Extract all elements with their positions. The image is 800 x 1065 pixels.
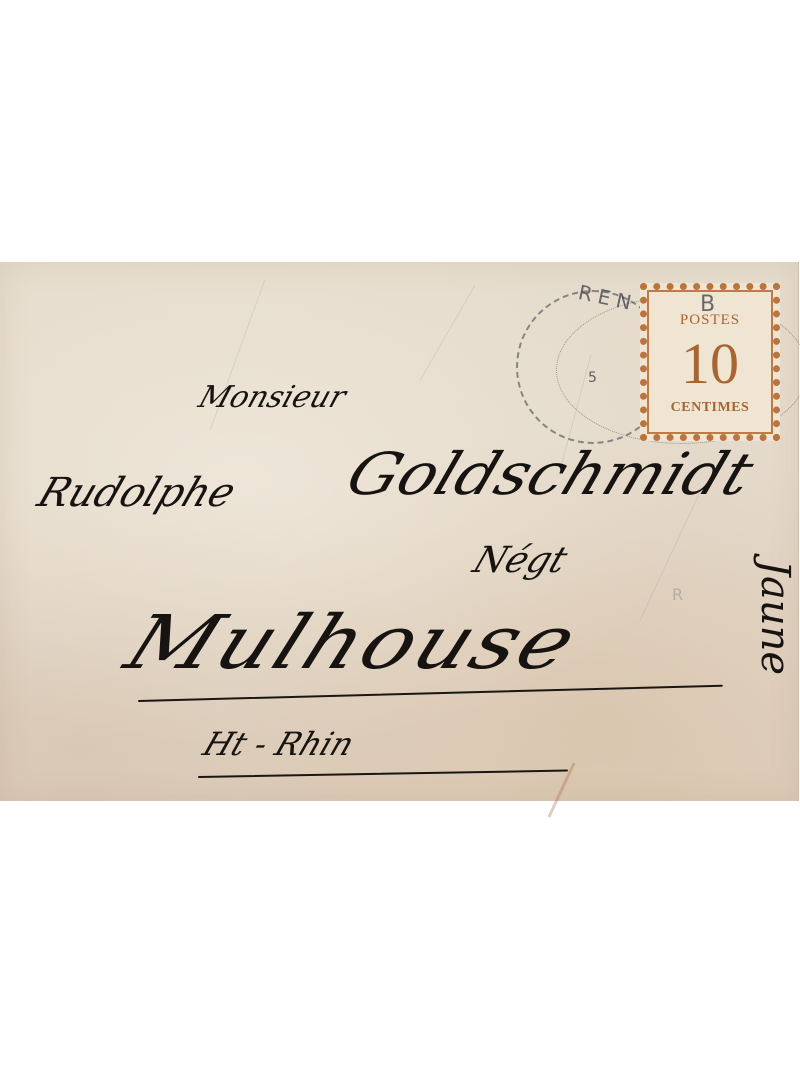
stamp-value: 10 [647, 334, 773, 394]
stamp-bottom-text: CENTIMES [647, 400, 773, 416]
address-region: Ht - Rhin [198, 725, 359, 763]
postmark-cancel-letter: B [700, 292, 715, 317]
address-first-name: Rudolphe [32, 470, 242, 516]
address-salutation: Monsieur [194, 380, 350, 415]
address-city: Mulhouse [114, 600, 591, 686]
address-suffix: Négt [468, 540, 573, 581]
pencil-mark: R [672, 585, 683, 604]
side-annotation: Jaune [752, 560, 798, 675]
postmark-date: 5 [588, 370, 597, 386]
address-surname: Goldschmidt [338, 440, 763, 508]
